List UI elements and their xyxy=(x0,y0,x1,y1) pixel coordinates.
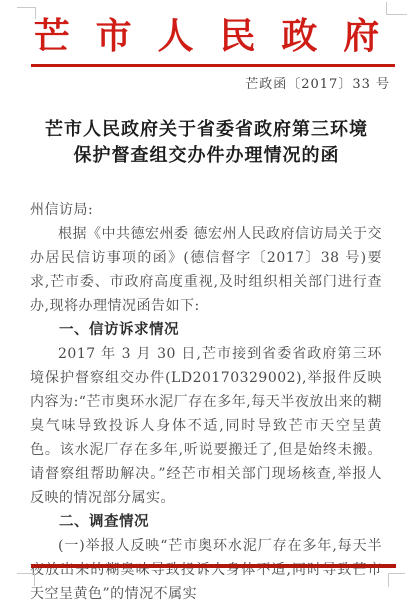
official-letter-page: 芒市人民政府 芒政函〔2017〕33 号 芒市人民政府关于省委省政府第三环境 保… xyxy=(0,0,413,600)
agency-name: 芒市人民政府 xyxy=(0,16,413,56)
margin-mark-bottom-left xyxy=(17,573,35,586)
salutation: 州信访局: xyxy=(30,198,382,222)
document-title-line1: 芒市人民政府关于省委省政府第三环境 xyxy=(45,119,368,140)
section-1-paragraph: 2017 年 3 月 30 日,芒市接到省委省政府第三环境保护督察组交办件(LD… xyxy=(30,342,382,510)
document-title: 芒市人民政府关于省委省政府第三环境 保护督查组交办件办理情况的函 xyxy=(20,117,393,169)
intro-paragraph: 根据《中共德宏州委 德宏州人民政府信访局关于交办居民信访事项的函》(德信督字〔2… xyxy=(30,222,382,318)
letterhead-divider xyxy=(31,64,395,67)
document-body: 州信访局: 根据《中共德宏州委 德宏州人民政府信访局关于交办居民信访事项的函》(… xyxy=(30,198,382,600)
section-1-heading: 一、信访诉求情况 xyxy=(30,318,382,342)
document-number: 芒政函〔2017〕33 号 xyxy=(0,76,390,93)
margin-mark-bottom-right xyxy=(388,573,405,587)
margin-mark-top-right xyxy=(386,2,407,15)
section-2-heading: 二、调查情况 xyxy=(30,510,382,534)
letterhead: 芒市人民政府 芒政函〔2017〕33 号 xyxy=(0,0,413,93)
margin-mark-top-left xyxy=(17,7,36,19)
document-title-line2: 保护督查组交办件办理情况的函 xyxy=(74,145,340,166)
footer-divider xyxy=(31,564,396,568)
